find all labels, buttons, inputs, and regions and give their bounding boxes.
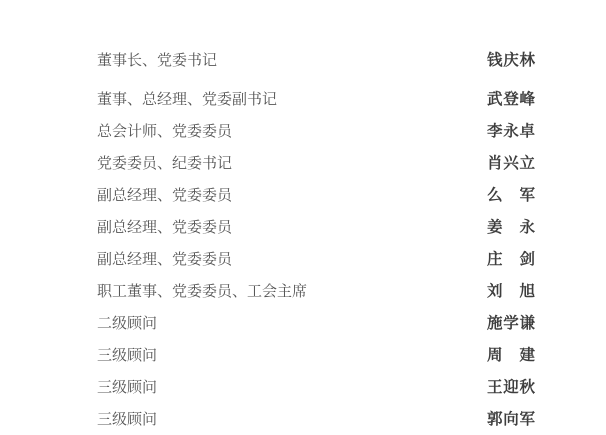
role-title: 三级顾问: [97, 343, 157, 367]
roster-row: 党委委员、纪委书记 肖兴立: [0, 151, 606, 175]
roster-row: 董事长、党委书记 钱庆林: [0, 48, 606, 72]
person-name: 姜 永: [487, 215, 535, 239]
person-name: 么 军: [487, 183, 535, 207]
person-name: 刘 旭: [487, 279, 535, 303]
role-title: 董事、总经理、党委副书记: [97, 87, 277, 111]
roster-row: 总会计师、党委委员 李永卓: [0, 119, 606, 143]
roster-row: 董事、总经理、党委副书记 武登峰: [0, 87, 606, 111]
person-name: 肖兴立: [487, 151, 535, 175]
person-name: 钱庆林: [487, 48, 535, 72]
person-name: 施学谦: [487, 311, 535, 335]
role-title: 职工董事、党委委员、工会主席: [97, 279, 307, 303]
person-name: 郭向军: [487, 407, 535, 431]
person-name: 周 建: [487, 343, 535, 367]
roster-row: 二级顾问 施学谦: [0, 311, 606, 335]
roster-row: 三级顾问 周 建: [0, 343, 606, 367]
role-title: 三级顾问: [97, 375, 157, 399]
person-name: 李永卓: [487, 119, 535, 143]
role-title: 三级顾问: [97, 407, 157, 431]
roster-row: 三级顾问 郭向军: [0, 407, 606, 431]
role-title: 党委委员、纪委书记: [97, 151, 232, 175]
role-title: 总会计师、党委委员: [97, 119, 232, 143]
roster-row: 职工董事、党委委员、工会主席 刘 旭: [0, 279, 606, 303]
role-title: 二级顾问: [97, 311, 157, 335]
roster-row: 三级顾问 王迎秋: [0, 375, 606, 399]
roster-row: 副总经理、党委委员 庄 剑: [0, 247, 606, 271]
role-title: 副总经理、党委委员: [97, 183, 232, 207]
person-name: 王迎秋: [487, 375, 535, 399]
role-title: 董事长、党委书记: [97, 48, 217, 72]
roster-row: 副总经理、党委委员 姜 永: [0, 215, 606, 239]
roster-row: 副总经理、党委委员 么 军: [0, 183, 606, 207]
person-name: 武登峰: [487, 87, 535, 111]
person-name: 庄 剑: [487, 247, 535, 271]
role-title: 副总经理、党委委员: [97, 215, 232, 239]
role-title: 副总经理、党委委员: [97, 247, 232, 271]
